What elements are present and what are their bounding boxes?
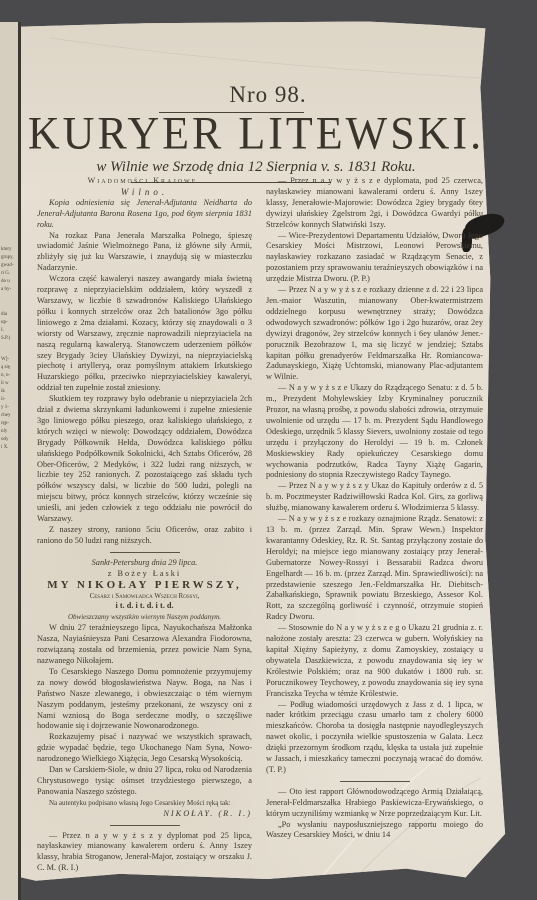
decree-paragraph: Rozkazujemy pisać i nazywać we wszystkic…: [37, 732, 252, 765]
decree-etc: i t. d. i t. d. i t. d.: [37, 601, 252, 612]
prev-page-fragment: ręp-: [1, 421, 9, 427]
decree-grace: z Bożey Łaski: [37, 569, 252, 580]
prev-page-fragment: i X.: [1, 445, 9, 451]
article-paragraph: — Podług wiadomości urzędowych z Jass z …: [266, 700, 483, 776]
section-separator: [110, 825, 180, 826]
prev-page-fragment: ktory: [1, 247, 12, 253]
prev-page-fragment: ri G.: [1, 271, 10, 277]
decree-place: Sankt-Petersburg dnia 29 lipca.: [37, 558, 252, 569]
prev-page-fragment: ii-: [1, 397, 5, 403]
prev-page-fragment: n, n-: [1, 373, 10, 379]
prev-page-fragment: ik: [1, 389, 5, 395]
section-separator: [110, 552, 180, 553]
article-paragraph: — Przez n a y w y ż s z y dyplomat pod 2…: [37, 831, 252, 875]
article-paragraph: — N a y w y ż s z e rozkazy oznajmione R…: [266, 514, 483, 623]
article-paragraph: — Przez N a y w y ż s z y Ukaz do Kapitu…: [266, 481, 483, 514]
article-paragraph: — N a y w y ż s z e Ukazy do Rządzącego …: [266, 383, 483, 481]
decree-title: MY NIKOŁAY PIERWSZY,: [37, 580, 252, 591]
prev-page-fragment: do u: [1, 279, 10, 285]
article-paragraph: Z naszey strony, raniono 5ciu Oficerów, …: [37, 525, 252, 547]
right-column: — Przez n a y w y ż s z e dyplomata, pod…: [266, 176, 483, 841]
section-heading: Wiadomości Krajowe.: [37, 176, 252, 187]
prev-page-fragment: chey: [1, 413, 10, 419]
article-paragraph: — Stosownie do N a y w y ż s z e g o Uka…: [266, 623, 483, 699]
article-paragraph: „Po wysłaniu nayposłuszniejszego rapport…: [266, 820, 483, 842]
article-paragraph: — Wice-Prezydentowi Departamentu Udziałó…: [266, 231, 483, 286]
decree-paragraph: W dniu 27 teraźnieyszego lipca, Nayukoch…: [37, 623, 252, 667]
issue-number: Nro 98.: [21, 82, 515, 108]
prev-page-fragment: W]-: [1, 357, 9, 363]
prev-page-fragment: a by-: [1, 287, 11, 293]
prev-page-fragment: S.P.): [1, 336, 10, 342]
masthead-title: KURYER LITEWSKI.: [21, 107, 491, 161]
previous-page-edge: ktory grupy, gwad- ri G. do u a by- dia …: [0, 22, 21, 900]
prev-page-fragment: gwad-: [1, 263, 14, 269]
prev-page-fragment: ody: [1, 437, 9, 443]
article-paragraph: — Przez N a y w y ż s z e rozkazy dzienn…: [266, 285, 483, 383]
article-paragraph: Wczora część kawaleryi naszey awangardy …: [37, 274, 252, 394]
dateline: w Wilnie we Srzodę dnia 12 Sierpnia v. s…: [21, 159, 491, 176]
section-separator: [340, 781, 410, 782]
article-paragraph: Na rozkaz Pana Jenerała Marszałka Polneg…: [37, 231, 252, 275]
prev-page-fragment: I.: [1, 328, 4, 334]
signature-note: Na autentyku podpisano własną Jego Cesar…: [37, 798, 252, 809]
decree-paragraph: To Cesarskiego Naszego Domu pomnożenie p…: [37, 667, 252, 732]
prev-page-fragment: nly: [1, 429, 7, 435]
decree-paragraph: Dan w Carskiem-Siole, w dniu 27 lipca, r…: [37, 765, 252, 798]
prev-page-fragment: up-: [1, 320, 8, 326]
prev-page-fragment: y 1-: [1, 405, 9, 411]
article-paragraph: — Oto iest rapport Głównodowodzącego Arm…: [266, 787, 483, 820]
prev-page-fragment: grupy,: [1, 255, 14, 261]
article-intro: Kopia odniesienia się Jenerał-Adjutanta …: [37, 198, 252, 231]
article-paragraph: Skutkiem tey rozprawy było odebranie u n…: [37, 394, 252, 525]
city-heading: Wilno.: [37, 187, 252, 198]
prev-page-fragment: dia: [1, 312, 7, 318]
article-paragraph: — Przez n a y w y ż s z e dyplomata, pod…: [266, 176, 483, 231]
decree-style: Cesarz i Samowładca Wszech Rossyi,: [37, 591, 252, 602]
prev-page-fragment: ą się: [1, 365, 10, 371]
prev-page-fragment: li w: [1, 381, 9, 387]
decree-announcement: Obwieszczamy wszystkim wiernym Naszym po…: [37, 612, 252, 623]
signature: NIKOŁAY. (R. I.): [37, 809, 252, 820]
left-column: Wiadomości Krajowe. Wilno. Kopia odniesi…: [37, 176, 252, 874]
